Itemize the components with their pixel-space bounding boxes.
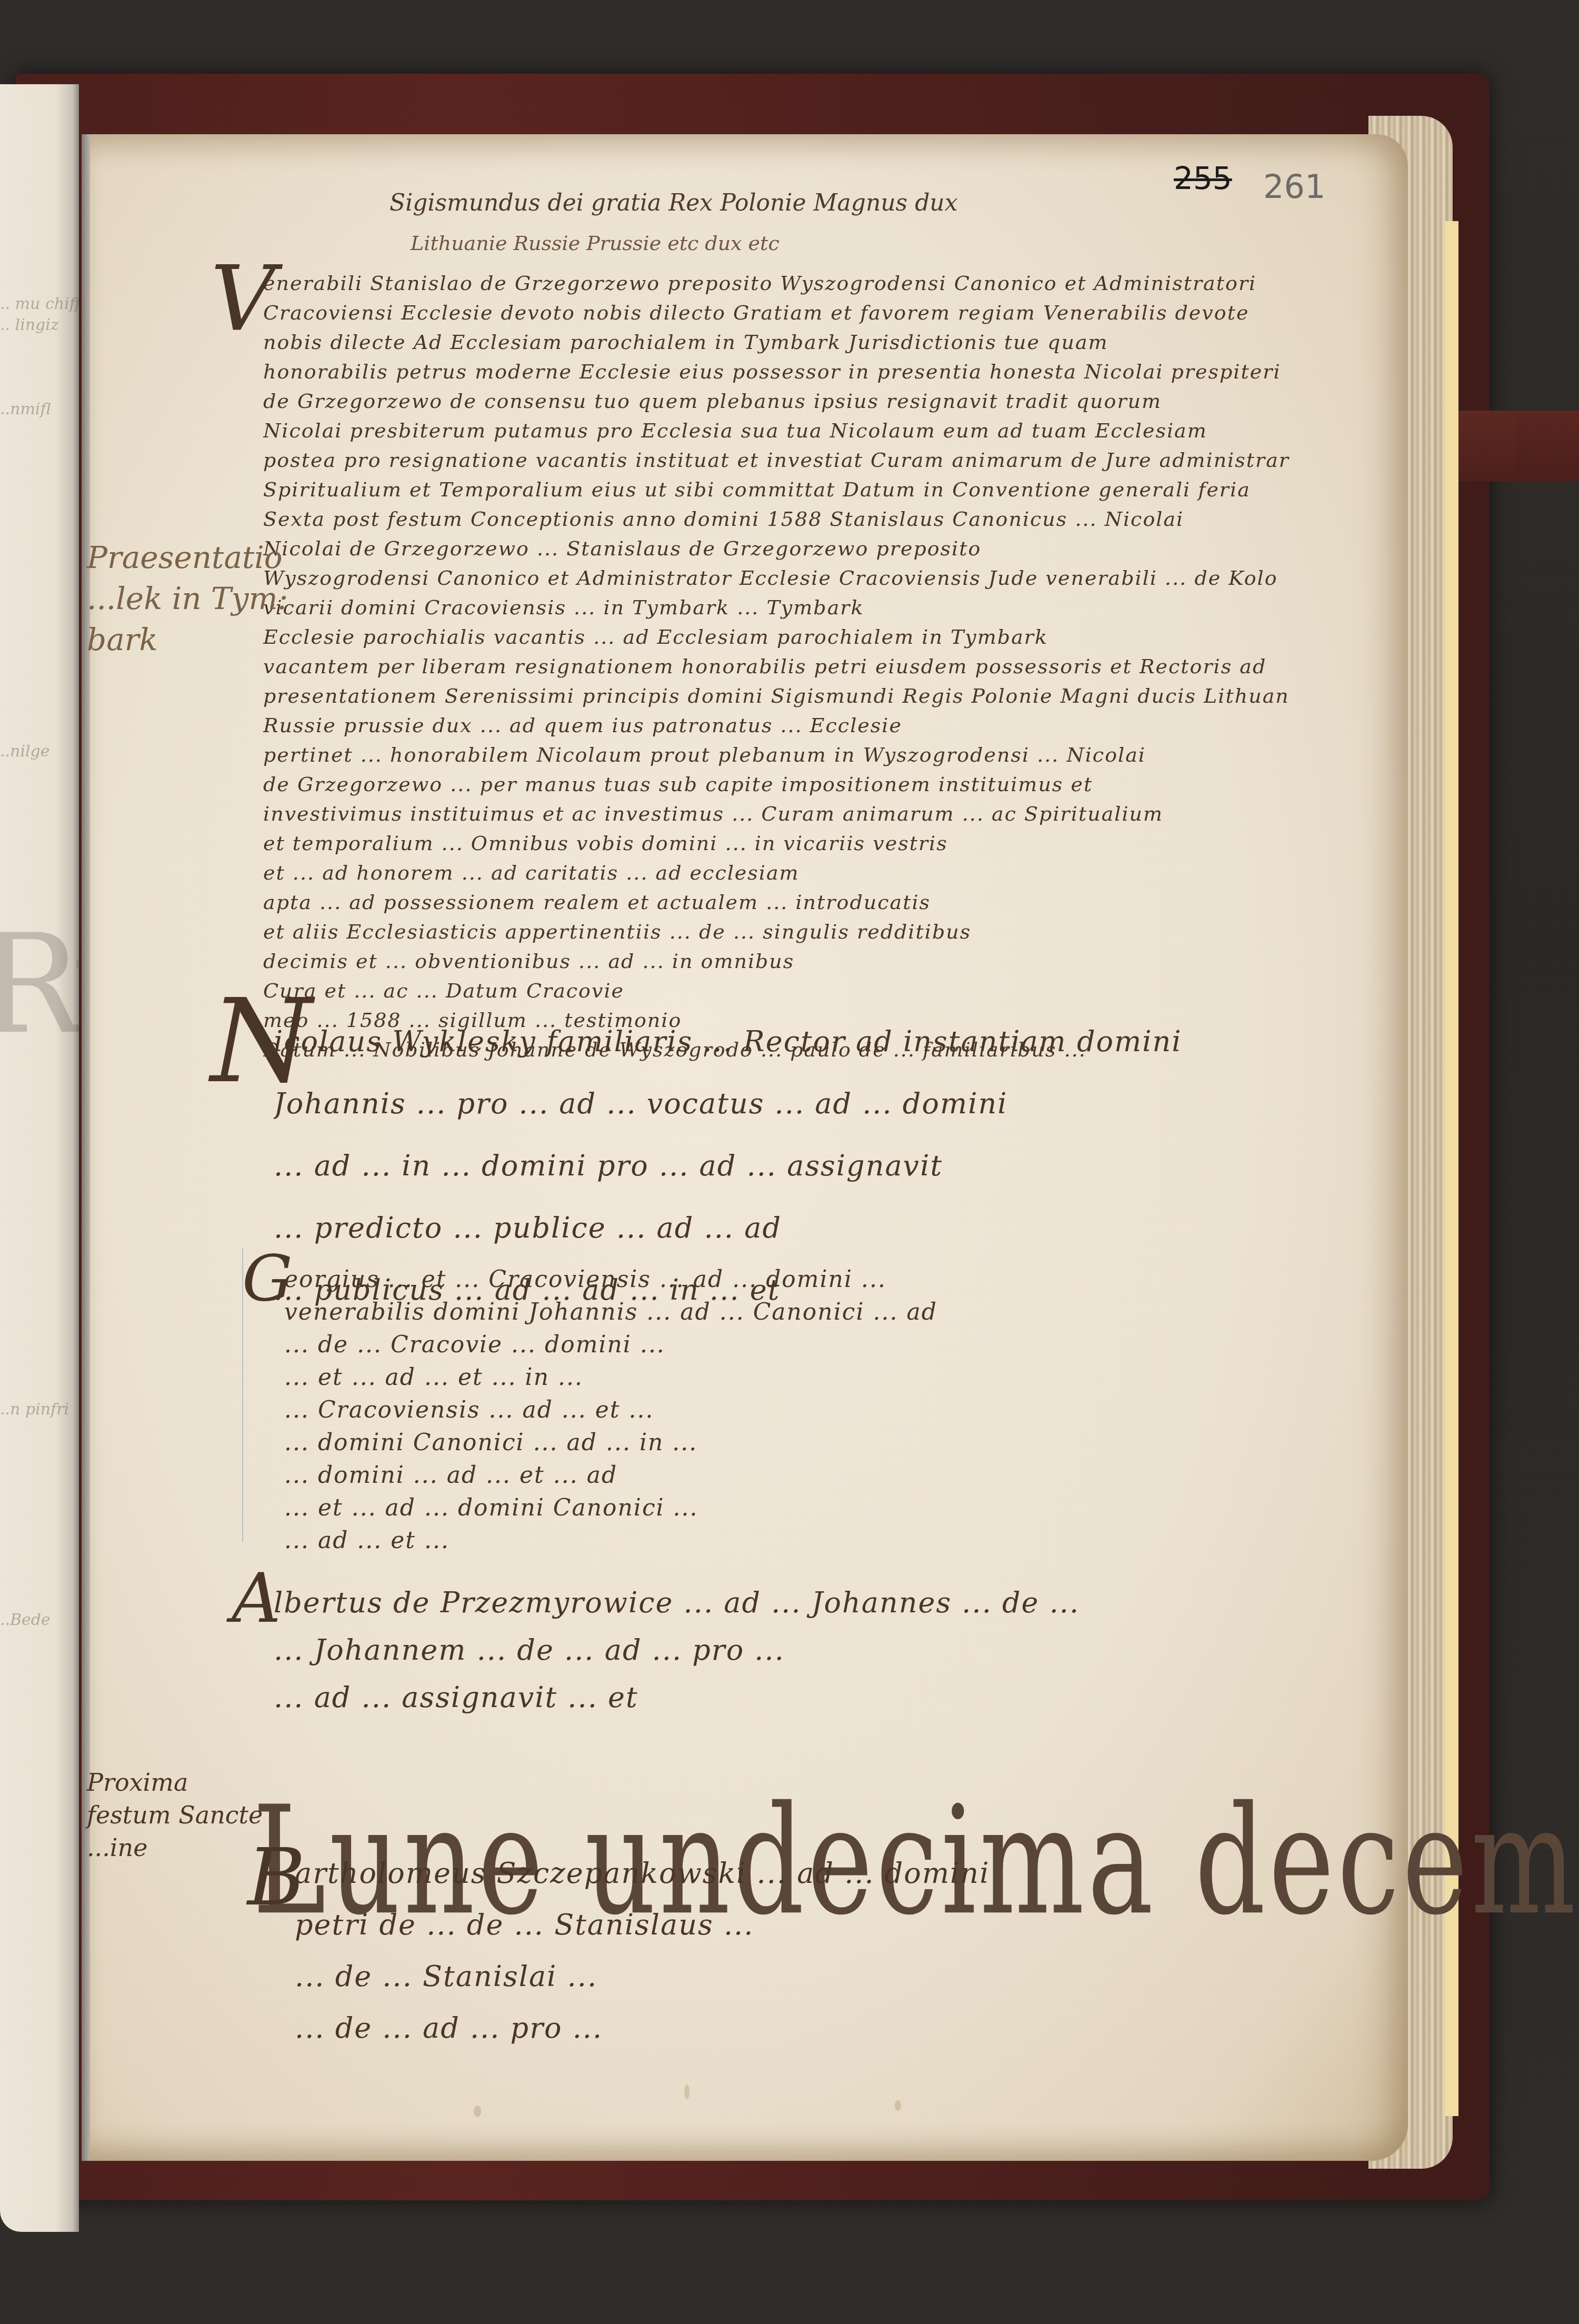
header-line-1: Sigismundus dei gratia Rex Polonie Magnu… xyxy=(389,189,957,216)
folio-number-current: 261 xyxy=(1263,167,1325,206)
entry-4: lbertus de Przezmyrowice ... ad ... Joha… xyxy=(274,1579,1300,1721)
foxing-spot xyxy=(474,2106,481,2117)
margin-note-proxima: Proxima festum Sancte ...ine xyxy=(87,1766,263,1864)
folio-number-struck: 255 xyxy=(1174,161,1232,196)
entry-1: enerabili Stanislao de Grzegorzewo prepo… xyxy=(263,268,1290,1064)
header-line-2: Lithuanie Russie Prussie etc dux etc xyxy=(411,232,779,255)
margin-note-presentatio: Praesentatio ...lek in Tym: bark xyxy=(87,537,288,660)
foxing-spot xyxy=(895,2100,901,2111)
entry-5: artholomeus Szczepankowski ... ad ... do… xyxy=(295,1848,1305,2054)
entry-3: eorgius ... et ... Cracoviensis ... ad .… xyxy=(284,1263,1300,1557)
foxing-spot xyxy=(684,2084,689,2099)
left-page-edge: .. mu chiff .. lingiz ..nmifl ..nilge Ri… xyxy=(0,84,79,2232)
binding-clasp xyxy=(1516,411,1579,482)
